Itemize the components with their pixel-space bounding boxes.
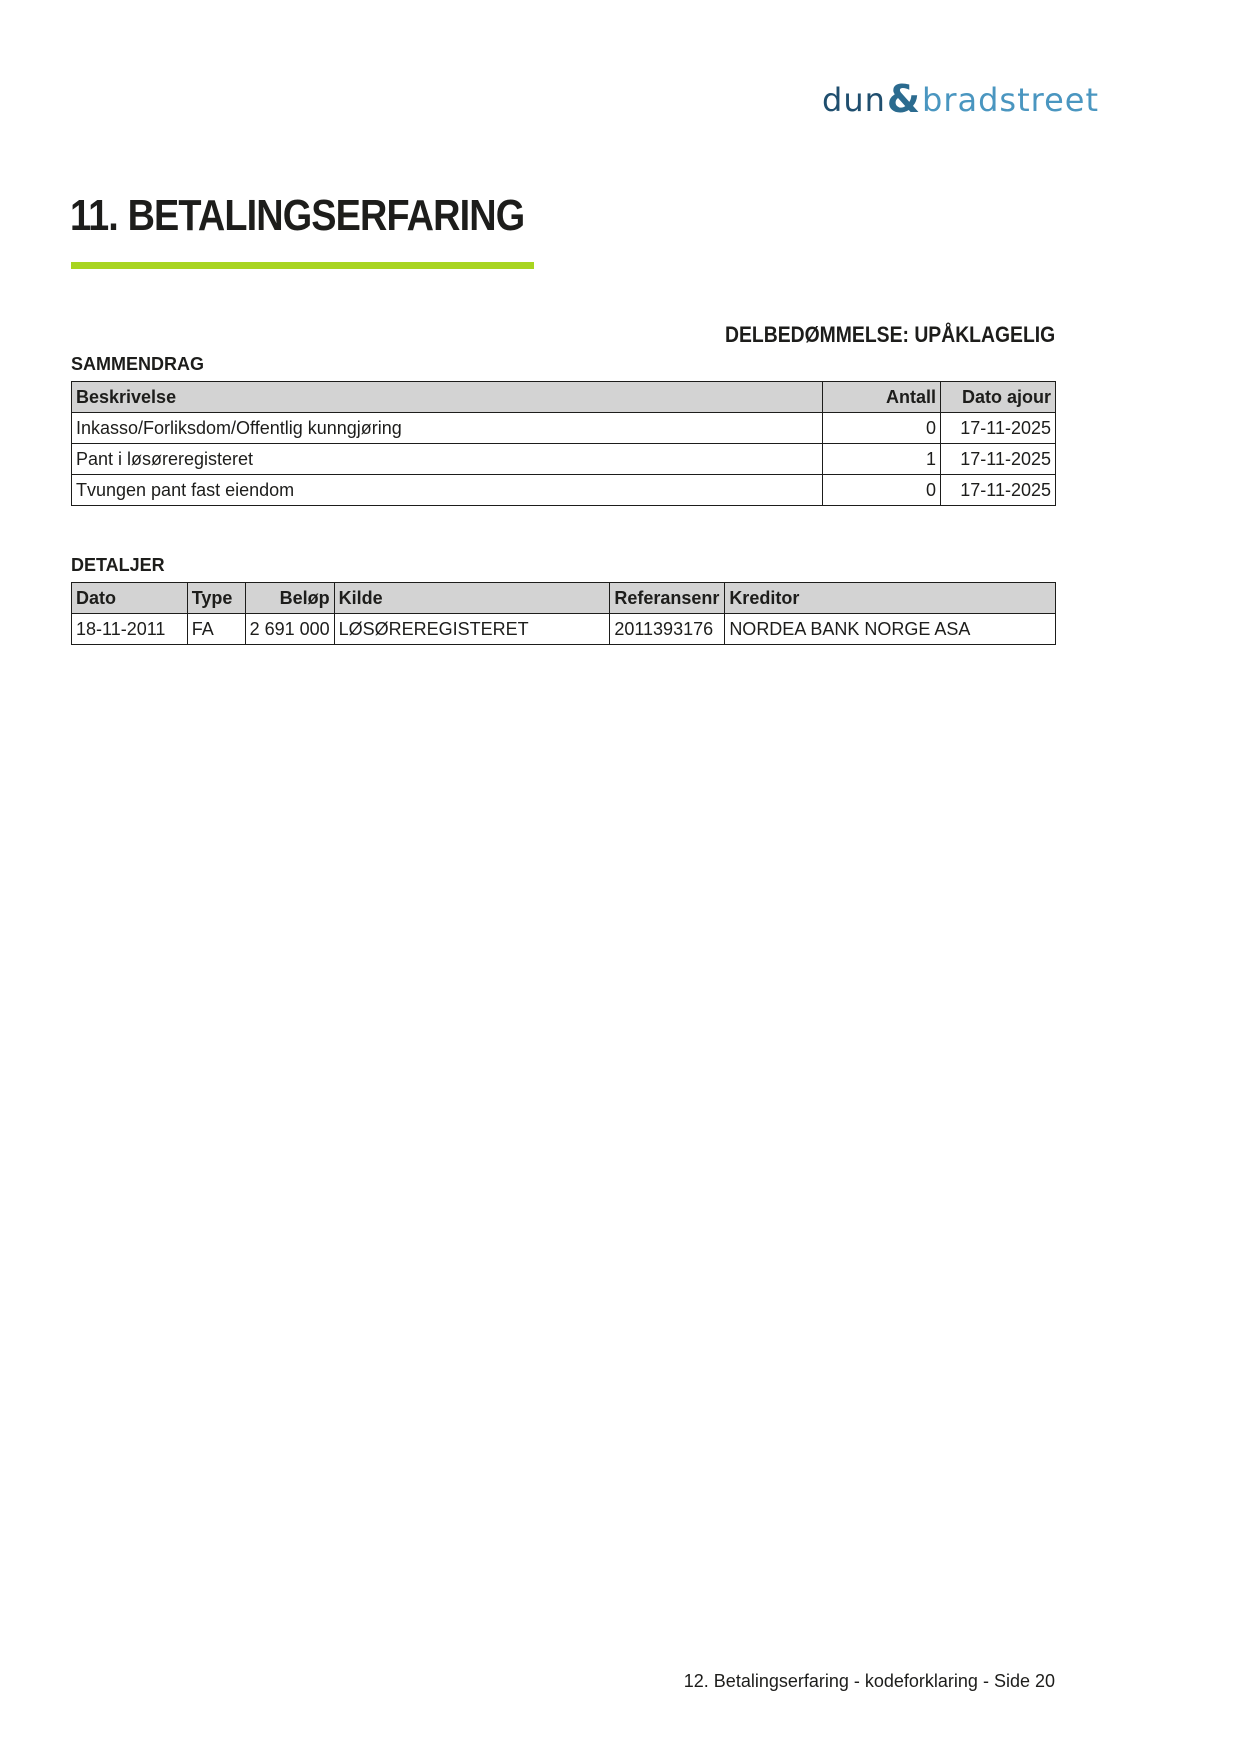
column-header-belop: Beløp — [245, 583, 334, 614]
page-title: 11. BETALINGSERFARING — [70, 190, 524, 242]
column-header-dato-ajour: Dato ajour — [941, 382, 1056, 413]
dun-bradstreet-logo: dun&bradstreet — [822, 78, 1099, 120]
cell-belop: 2 691 000 — [245, 614, 334, 645]
cell-kreditor: NORDEA BANK NORGE ASA — [725, 614, 1056, 645]
cell-antall: 1 — [823, 444, 941, 475]
summary-header-row: Beskrivelse Antall Dato ajour — [72, 382, 1056, 413]
table-row: Pant i løsøreregisteret 1 17-11-2025 — [72, 444, 1056, 475]
cell-beskrivelse: Inkasso/Forliksdom/Offentlig kunngjøring — [72, 413, 823, 444]
table-row: Tvungen pant fast eiendom 0 17-11-2025 — [72, 475, 1056, 506]
column-header-dato: Dato — [72, 583, 188, 614]
details-table: Dato Type Beløp Kilde Referansenr Kredit… — [71, 582, 1056, 645]
cell-beskrivelse: Tvungen pant fast eiendom — [72, 475, 823, 506]
cell-referansenr: 2011393176 — [610, 614, 725, 645]
cell-type: FA — [187, 614, 245, 645]
summary-section-label: SAMMENDRAG — [71, 353, 204, 375]
summary-table: Beskrivelse Antall Dato ajour Inkasso/Fo… — [71, 381, 1056, 506]
column-header-referansenr: Referansenr — [610, 583, 725, 614]
cell-antall: 0 — [823, 475, 941, 506]
logo-text-bradstreet: bradstreet — [922, 81, 1099, 119]
ampersand-logo-icon: & — [887, 79, 921, 119]
details-header-row: Dato Type Beløp Kilde Referansenr Kredit… — [72, 583, 1056, 614]
cell-dato: 18-11-2011 — [72, 614, 188, 645]
column-header-type: Type — [187, 583, 245, 614]
cell-dato-ajour: 17-11-2025 — [941, 444, 1056, 475]
column-header-kreditor: Kreditor — [725, 583, 1056, 614]
table-row: 18-11-2011 FA 2 691 000 LØSØREREGISTERET… — [72, 614, 1056, 645]
rating-heading: DELBEDØMMELSE: UPÅKLAGELIG — [725, 320, 1055, 350]
cell-antall: 0 — [823, 413, 941, 444]
cell-beskrivelse: Pant i løsøreregisteret — [72, 444, 823, 475]
cell-dato-ajour: 17-11-2025 — [941, 413, 1056, 444]
column-header-beskrivelse: Beskrivelse — [72, 382, 823, 413]
page-footer: 12. Betalingserfaring - kodeforklaring -… — [684, 1670, 1055, 1692]
logo-text-dun: dun — [822, 81, 886, 119]
column-header-kilde: Kilde — [334, 583, 610, 614]
details-section-label: DETALJER — [71, 554, 165, 576]
cell-dato-ajour: 17-11-2025 — [941, 475, 1056, 506]
cell-kilde: LØSØREREGISTERET — [334, 614, 610, 645]
column-header-antall: Antall — [823, 382, 941, 413]
title-underline — [71, 262, 534, 269]
table-row: Inkasso/Forliksdom/Offentlig kunngjøring… — [72, 413, 1056, 444]
